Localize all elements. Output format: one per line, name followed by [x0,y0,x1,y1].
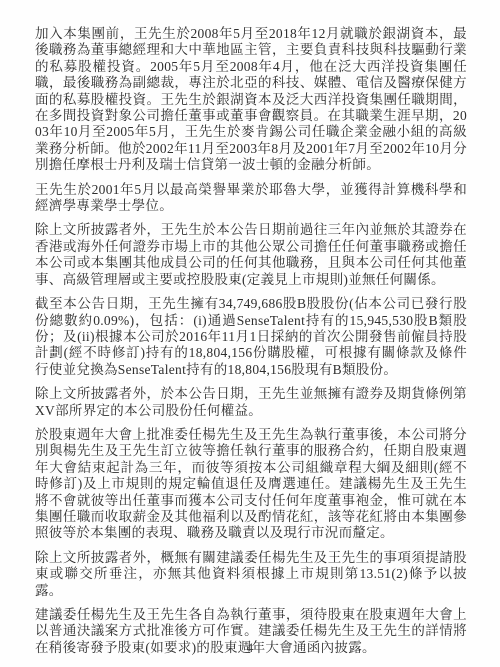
page-number: 4 [0,641,500,656]
paragraph-career-history: 加入本集團前，王先生於2008年5月至2018年12月就職於銀湖資本，最後職務為… [35,26,467,174]
document-page: 加入本集團前，王先生於2008年5月至2018年12月就職於銀湖資本，最後職務為… [0,0,500,667]
paragraph-shareholding: 截至本公告日期，王先生擁有34,749,686股B股股份(佔本公司已發行股份總數… [35,296,467,378]
paragraph-no-other-matters: 除上文所披露者外，概無有關建議委任楊先生及王先生的事項須提請股東或聯交所垂注，亦… [35,550,467,599]
paragraph-no-other-directorships: 除上文所披露者外，王先生於本公告日期前過往三年內並無於其證券在香港或海外任何證券… [35,222,467,288]
paragraph-no-other-interests: 除上文所披露者外，於本公告日期，王先生並無擁有證券及期貨條例第XV部所界定的本公… [35,386,467,419]
paragraph-education: 王先生於2001年5月以最高榮譽畢業於耶魯大學，並獲得計算機科學和經濟學專業學士… [35,182,467,215]
paragraph-service-contract: 於股東週年大會上批准委任楊先生及王先生為執行董事後，本公司將分別與楊先生及王先生… [35,427,467,542]
document-body: 加入本集團前，王先生於2008年5月至2018年12月就職於銀湖資本，最後職務為… [35,26,467,664]
